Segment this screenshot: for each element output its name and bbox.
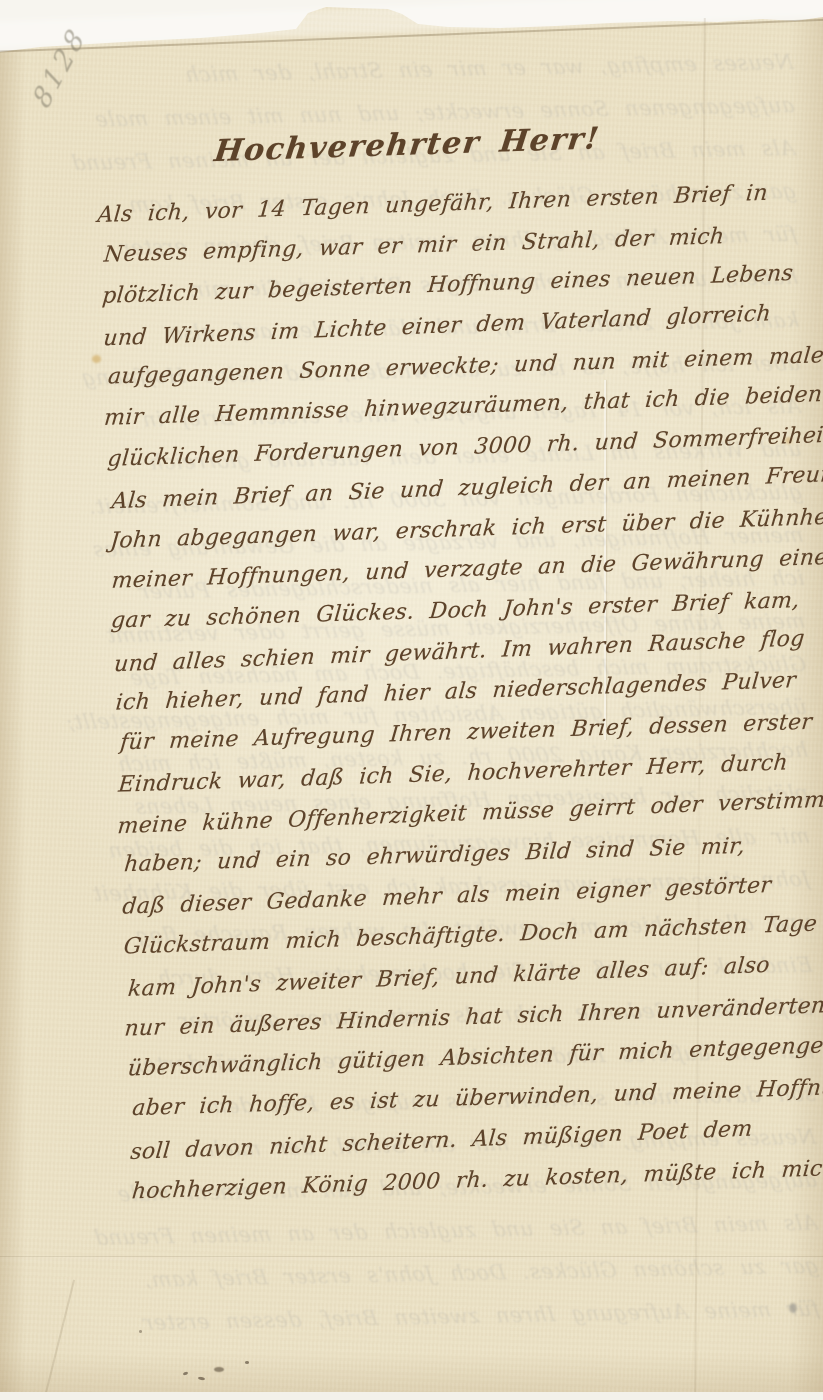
photo-bottom-edge <box>0 1392 823 1400</box>
bottom-crease <box>0 1256 823 1257</box>
ink-smudge <box>139 1330 142 1333</box>
stain-spot <box>789 1303 797 1313</box>
ink-smudge <box>245 1361 249 1364</box>
stain-spot <box>92 355 101 363</box>
ink-smudge <box>214 1367 224 1372</box>
letter-body: Hochverehrter Herr! Als ich, vor 14 Tage… <box>96 115 823 1220</box>
